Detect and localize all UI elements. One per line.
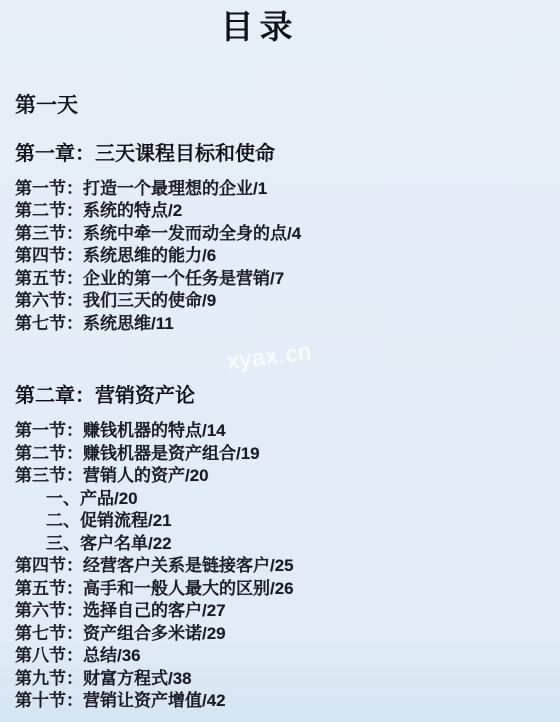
chapter: 第一章：三天课程目标和使命 第一节：打造一个最理想的企业/1第二节：系统的特点/… xyxy=(15,142,540,336)
toc-item: 第二节：系统的特点/2 xyxy=(15,200,540,223)
toc-item: 第七节：资产组合多米诺/29 xyxy=(15,623,540,646)
chapters-container: 第一章：三天课程目标和使命 第一节：打造一个最理想的企业/1第二节：系统的特点/… xyxy=(15,142,540,713)
toc-item: 第十节：营销让资产增值/42 xyxy=(15,690,540,713)
toc-item: 第二节：赚钱机器是资产组合/19 xyxy=(15,443,540,466)
toc-item: 第四节：经营客户关系是链接客户/25 xyxy=(15,555,540,578)
toc-page: 目录 第一天 第一章：三天课程目标和使命 第一节：打造一个最理想的企业/1第二节… xyxy=(0,0,560,722)
chapter-items: 第一节：赚钱机器的特点/14第二节：赚钱机器是资产组合/19第三节：营销人的资产… xyxy=(15,420,540,713)
toc-item: 第四节：系统思维的能力/6 xyxy=(15,245,540,268)
toc-item: 第五节：企业的第一个任务是营销/7 xyxy=(15,268,540,291)
toc-item: 第五节：高手和一般人最大的区别/26 xyxy=(15,578,540,601)
toc-item: 第三节：营销人的资产/20 xyxy=(15,465,540,488)
toc-item: 第八节：总结/36 xyxy=(15,645,540,668)
toc-item: 第六节：我们三天的使命/9 xyxy=(15,290,540,313)
chapter-items: 第一节：打造一个最理想的企业/1第二节：系统的特点/2第三节：系统中牵一发而动全… xyxy=(15,178,540,336)
toc-item: 二、促销流程/21 xyxy=(15,510,540,533)
toc-item: 第一节：赚钱机器的特点/14 xyxy=(15,420,540,443)
toc-item: 一、产品/20 xyxy=(15,488,540,511)
chapter-heading: 第二章：营销资产论 xyxy=(15,384,540,408)
toc-item: 第七节：系统思维/11 xyxy=(15,313,540,336)
toc-item: 第一节：打造一个最理想的企业/1 xyxy=(15,178,540,201)
toc-item: 三、客户名单/22 xyxy=(15,533,540,556)
toc-item: 第六节：选择自己的客户/27 xyxy=(15,600,540,623)
page-title: 目录 xyxy=(0,8,522,46)
toc-item: 第三节：系统中牵一发而动全身的点/4 xyxy=(15,223,540,246)
day-heading: 第一天 xyxy=(15,94,540,118)
chapter-heading: 第一章：三天课程目标和使命 xyxy=(15,142,540,166)
chapter: 第二章：营销资产论 第一节：赚钱机器的特点/14第二节：赚钱机器是资产组合/19… xyxy=(15,384,540,713)
toc-item: 第九节：财富方程式/38 xyxy=(15,668,540,691)
